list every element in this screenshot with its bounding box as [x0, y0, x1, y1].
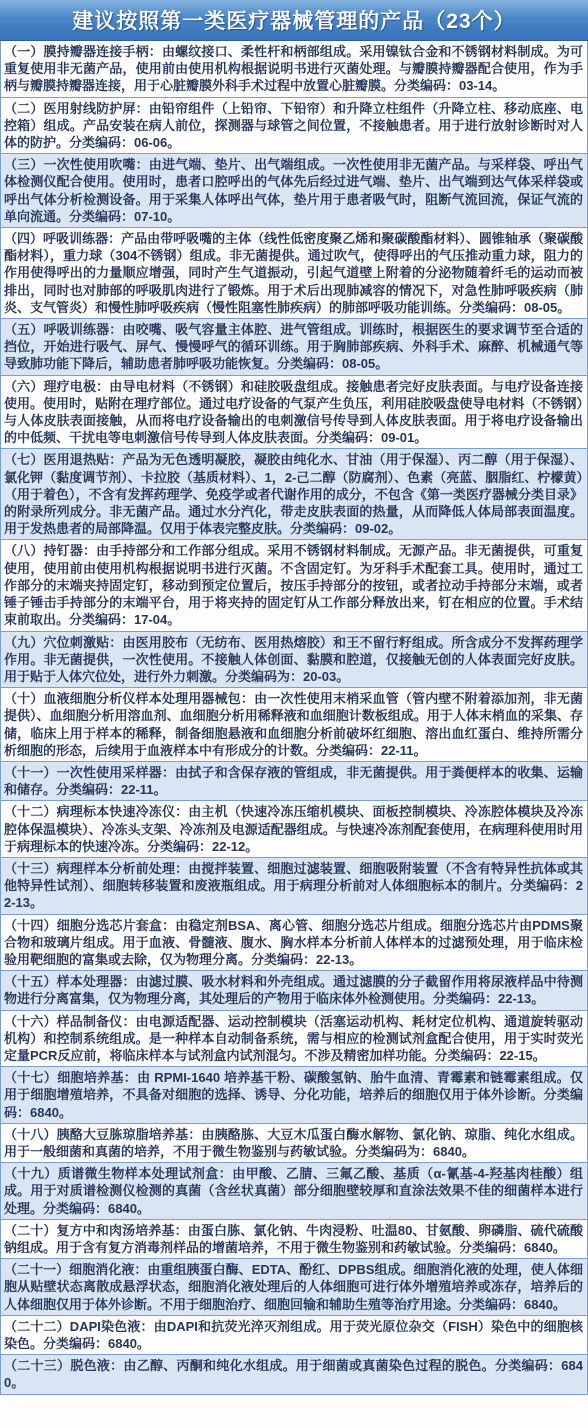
list-item: （二十三）脱色液：由乙醇、丙酮和纯化水组成。用于细菌或真菌染色过程的脱色。分类编… — [1, 1355, 587, 1393]
list-item: （十八）胰酪大豆胨琼脂培养基：由胰酪胨、大豆木瓜蛋白酶水解物、氯化钠、琼脂、纯化… — [1, 1124, 587, 1163]
list-item: （七）医用退热贴：产品为无色透明凝胶，凝胶由纯化水、甘油（用于保湿）、丙二醇（用… — [1, 449, 587, 540]
list-item: （九）穴位刺激贴：由医用胶布（无纺布、医用热熔胶）和王不留行籽组成。所含成分不发… — [1, 632, 587, 689]
list-item: （六）理疗电极：由导电材料（不锈钢）和硅胶吸盘组成。接触患者完好皮肤表面。与电疗… — [1, 376, 587, 450]
list-item: （二十一）细胞消化液：由重组胰蛋白酶、EDTA、酚红、DPBS组成。细胞消化液的… — [1, 1259, 587, 1316]
list-item: （十九）质谱微生物样本处理试剂盒：由甲酸、乙腈、三氟乙酸、基质（α-氰基-4-羟… — [1, 1163, 587, 1220]
list-item: （二十）复方中和肉汤培养基：由蛋白胨、氯化钠、牛肉浸粉、吐温80、甘氨酸、卵磷脂… — [1, 1220, 587, 1259]
list-item: （十五）样本处理器：由滤过膜、吸水材料和外壳组成。通过滤膜的分子截留作用将尿液样… — [1, 971, 587, 1010]
list-item: （四）呼吸训练器：产品由带呼吸嘴的主体（线性低密度聚乙烯和聚碳酸酯材料）、圆锥轴… — [1, 228, 587, 319]
document-page: 建议按照第一类医疗器械管理的产品（23个） （一）膜持瓣器连接手柄：由螺纹接口、… — [0, 0, 588, 1428]
list-item: （八）持钉器：由手持部分和工作部分组成。采用不锈钢材料制成。无源产品。非无菌提供… — [1, 540, 587, 631]
document-header: 建议按照第一类医疗器械管理的产品（23个） — [0, 0, 588, 41]
list-item: （十）血液细胞分析仪样本处理用器械包：由一次性使用末梢采血管（管内壁不附着添加剂… — [1, 688, 587, 762]
list-item: （十六）样品制备仪：由电源适配器、运动控制模块（活塞运动机构、耗材定位机构、通道… — [1, 1011, 587, 1068]
list-item: （五）呼吸训练器：由咬嘴、吸气容量主体腔、进气管组成。训练时，根据医生的要求调节… — [1, 319, 587, 376]
list-item: （十二）病理标本快速冷冻仪：由主机（快速冷冻压缩机模块、面板控制模块、冷冻腔体模… — [1, 801, 587, 858]
list-item: （十一）一次性使用采样器：由拭子和含保存液的管组成，非无菌提供。用于粪便样本的收… — [1, 762, 587, 801]
list-item: （十四）细胞分选芯片套盒：由稳定剂BSA、离心管、细胞分选芯片组成。细胞分选芯片… — [1, 915, 587, 972]
list-item: （二十二）DAPI染色液：由DAPI和抗荧光淬灭剂组成。用于荧光原位杂交（FIS… — [1, 1316, 587, 1355]
list-item: （十三）病理样本分析前处理：由搅拌装置、细胞过滤装置、细胞吸附装置（不含有特异性… — [1, 858, 587, 915]
page-title: 建议按照第一类医疗器械管理的产品（23个） — [72, 5, 515, 35]
list-item: （一）膜持瓣器连接手柄：由螺纹接口、柔性杆和柄部组成。采用镍钛合金和不锈钢材料制… — [1, 41, 587, 98]
list-item: （三）一次性使用吹嘴：由进气端、垫片、出气端组成。一次性使用非无菌产品。与采样袋… — [1, 154, 587, 228]
list-item: （二）医用射线防护屏：由铅帘组件（上铅帘、下铅帘）和升降立柱组件（升降立柱、移动… — [1, 98, 587, 155]
list-item: （十七）细胞培养基：由 RPMI-1640 培养基干粉、碳酸氢钠、胎牛血清、青霉… — [1, 1067, 587, 1124]
product-list: （一）膜持瓣器连接手柄：由螺纹接口、柔性杆和柄部组成。采用镍钛合金和不锈钢材料制… — [0, 41, 588, 1395]
